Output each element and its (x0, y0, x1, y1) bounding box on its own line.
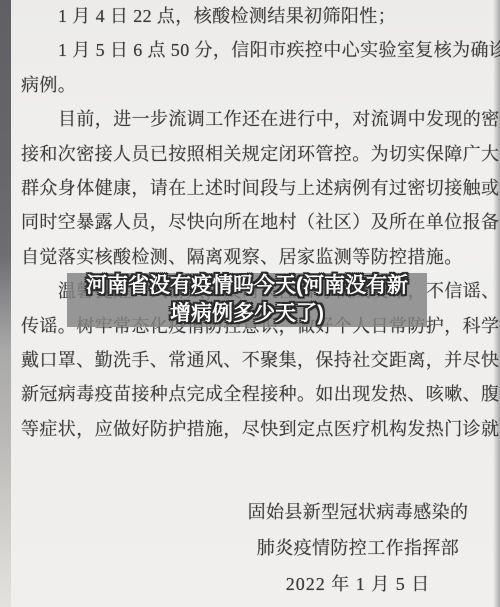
signature-date: 2022 年 1 月 5 日 (244, 566, 472, 602)
notice-line: 接和次密接人员已按照相关规定闭环管控。为切实保障广大 (21, 137, 488, 171)
notice-line: 1 月 4 日 22 点，核酸检测结果初筛阳性； (21, 0, 488, 33)
notice-line: 目前，进一步流调工作还在进行中，对流调中发现的密 (21, 102, 488, 136)
notice-body: 1 月 4 日 22 点，核酸检测结果初筛阳性；1 月 5 日 6 点 50 分… (21, 0, 488, 446)
caption-title-line2: 增病例多少天了) (170, 300, 324, 328)
notice-line: 1 月 5 日 6 点 50 分，信阳市疾控中心实验室复核为确诊 (21, 33, 488, 67)
notice-line: 自觉落实核酸检测、隔离观察、居家监测等防控措施。 (21, 240, 488, 274)
notice-line: 病例。 (21, 68, 488, 102)
notice-line: 新冠病毒疫苗接种点完成全程接种。如出现发热、咳嗽、腹泻 (21, 377, 488, 411)
caption-overlay-band: 河南省没有疫情吗今天(河南没有新 增病例多少天了) (67, 273, 427, 327)
signature-org-line1: 固始县新型冠状病毒感染的 (244, 494, 472, 530)
signature-org-line2: 肺炎疫情防控工作指挥部 (244, 530, 472, 566)
notice-line: 群众身体健康，请在上述时间段与上述病例有过密切接触或 (21, 171, 488, 205)
notice-document-photo: 1 月 4 日 22 点，核酸检测结果初筛阳性；1 月 5 日 6 点 50 分… (0, 0, 500, 607)
signature-block: 固始县新型冠状病毒感染的 肺炎疫情防控工作指挥部 2022 年 1 月 5 日 (244, 494, 472, 602)
notice-line: 同时空暴露人员，尽快向所在地村（社区）及所在单位报备， (21, 205, 488, 239)
notice-line: 等症状，应做好防护措施，尽快到定点医疗机构发热门诊就诊。 (21, 412, 488, 446)
caption-title-line1: 河南省没有疫情吗今天(河南没有新 (86, 272, 408, 300)
notice-line: 戴口罩、勤洗手、常通风、不聚集，保持社交距离，并尽快到 (21, 343, 488, 377)
page-left-edge-shadow (0, 0, 11, 607)
